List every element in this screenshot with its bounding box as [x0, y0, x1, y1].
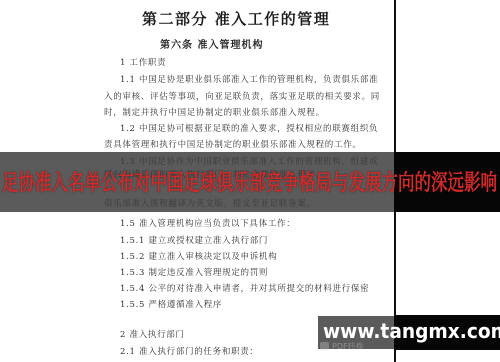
headline-banner: 足协准入名单公布对中国足球俱乐部竞争格局与发展方向的深远影响	[2, 169, 500, 199]
screenshot-root: 第二部分 准入工作的管理 第六条 准入管理机构 1 工作职责1.1 中国足协是职…	[0, 0, 500, 362]
document-line: 1.5.1 建立或授权建立准入执行部门	[120, 236, 268, 246]
document-line: 俱乐部准入规程翻译为英文版，提交至亚足联备案。	[104, 199, 316, 209]
document-line: 2 准入执行部门	[120, 330, 185, 340]
document-line: 时，制定并执行中国足协制定的职业俱乐部准入规程。	[104, 108, 325, 118]
document-title: 第二部分 准入工作的管理	[142, 8, 330, 29]
document-section-heading: 第六条 准入管理机构	[160, 36, 263, 51]
document-line: 入的审核、评估等事项，向亚足联负责，落实亚足联的相关要求。同	[104, 92, 380, 102]
site-watermark: www.tangmx.com	[323, 319, 500, 343]
document-line: 1 工作职责	[120, 58, 166, 68]
headline-text: 足协准入名单公布对中国足球俱乐部竞争格局与发展方向的深远影响	[2, 169, 497, 199]
document-line: 2.1 准入执行部门的任务和职责：	[120, 347, 259, 357]
document-line: 1.5 准入管理机构应当负责以下具体工作：	[120, 219, 295, 229]
document-line: 1.3 中国足协作为中国职业俱乐部准入工作的管理机构，组建或	[120, 157, 378, 167]
document-line: 1.5.2 建立准入审核决定以及申诉机构	[120, 252, 277, 262]
document-line: 1.5.4 公平的对待准入申请者，并对其所提交的材料进行保密	[120, 284, 369, 294]
document-line: 1.1 中国足协是职业俱乐部准入工作的管理机构，负责俱乐部准	[120, 75, 378, 85]
document-line: 1.5.3 制定违反准入管理规定的罚则	[120, 268, 268, 278]
document-line: 1.2 中国足协可根据亚足联的准入要求，授权相应的联赛组织负	[120, 124, 378, 134]
document-line: 1.5.5 严格遵循准入程序	[120, 300, 222, 310]
pdf-converter-icon	[320, 342, 329, 351]
document-line: 责具体管理和执行中国足协制定的职业俱乐部准入规程的工作。	[104, 140, 362, 150]
